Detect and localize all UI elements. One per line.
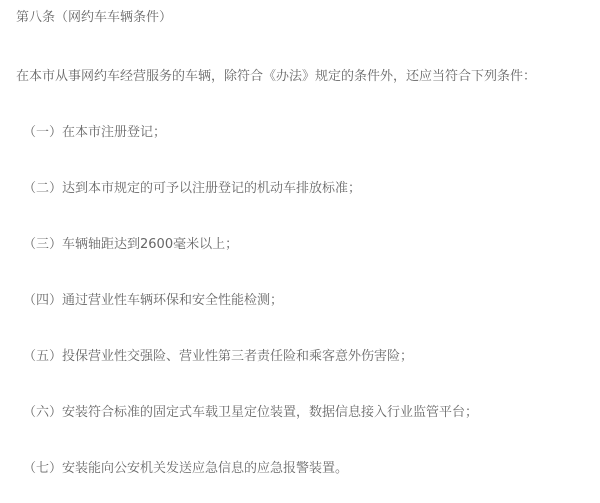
list-item-6: （六）安装符合标准的固定式车载卫星定位装置，数据信息接入行业监管平台； <box>23 404 478 422</box>
article-title: 第八条（网约车车辆条件） <box>16 9 172 27</box>
intro-paragraph: 在本市从事网约车经营服务的车辆，除符合《办法》规定的条件外，还应当符合下列条件： <box>16 68 536 86</box>
list-item-4: （四）通过营业性车辆环保和安全性能检测； <box>23 292 283 310</box>
list-item-5: （五）投保营业性交强险、营业性第三者责任险和乘客意外伤害险； <box>23 348 413 366</box>
list-item-7: （七）安装能向公安机关发送应急信息的应急报警装置。 <box>23 460 348 478</box>
list-item-3: （三）车辆轴距达到2600毫米以上； <box>23 236 238 254</box>
list-item-1: （一）在本市注册登记； <box>23 124 166 142</box>
list-item-2: （二）达到本市规定的可予以注册登记的机动车排放标准； <box>23 180 361 198</box>
